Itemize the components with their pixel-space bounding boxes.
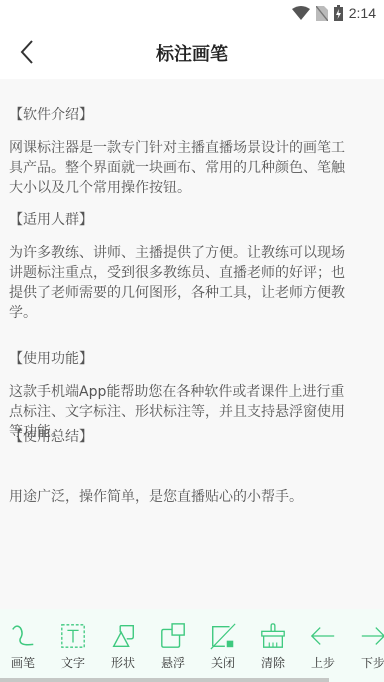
tool-label: 下步 [361,654,384,671]
text-line: 用途广泛，操作简单，是您直播贴心的小帮手。 [9,487,377,507]
text-line: 大小以及几个常用操作按钮。 [9,178,377,198]
float-window-icon [158,622,188,650]
text-line: 提供了老师需要的几何图形，各种工具，让老师方便教 [9,283,377,303]
tool-text-button[interactable]: 文字 [48,609,98,671]
tool-float-button[interactable]: 悬浮 [148,609,198,671]
close-float-icon [208,622,238,650]
redo-arrow-icon [358,622,384,650]
tool-label: 文字 [61,654,85,671]
tool-pen-button[interactable]: 画笔 [0,609,48,671]
tool-label: 清除 [261,654,285,671]
tool-label: 关闭 [211,654,235,671]
text-line: 学。 [9,303,377,323]
intro-content: 【软件介绍】 网课标注器是一款专门针对主播直播场景设计的画笔工 具产品。整个界面… [0,79,384,609]
text-line: 网课标注器是一款专门针对主播直播场景设计的画笔工 [9,138,377,158]
undo-arrow-icon [308,622,338,650]
tool-label: 悬浮 [161,654,185,671]
text-box-icon [58,622,88,650]
toolbar-horizontal-scrollbar[interactable] [0,678,329,682]
section-heading-intro: 【软件介绍】 [9,104,93,124]
page-title: 标注画笔 [0,40,384,66]
tool-label: 形状 [111,654,135,671]
tool-label: 上步 [311,654,335,671]
bottom-toolbar: 画笔 文字 形状 悬浮 关闭 [0,609,384,682]
section-heading-audience: 【适用人群】 [9,209,93,229]
shapes-icon [108,622,138,650]
text-line: 这款手机端App能帮助您在各种软件或者课件上进行重 [9,382,377,402]
tool-undo-button[interactable]: 上步 [298,609,348,671]
text-line: 为许多教练、讲师、主播提供了方便。让教练可以现场 [9,243,377,263]
section-body-intro: 网课标注器是一款专门针对主播直播场景设计的画笔工 具产品。整个界面就一块画布、常… [9,138,377,198]
tool-redo-button[interactable]: 下步 [348,609,384,671]
battery-charging-icon [334,5,343,21]
tool-label: 画笔 [11,654,35,671]
status-time: 2:14 [349,5,376,21]
tool-clear-button[interactable]: 清除 [248,609,298,671]
section-body-audience: 为许多教练、讲师、主播提供了方便。让教练可以现场 讲题标注重点，受到很多教练员、… [9,243,377,323]
no-sim-icon [316,6,328,21]
section-body-summary: 用途广泛，操作简单，是您直播贴心的小帮手。 [9,487,377,507]
status-bar: 2:14 [0,0,384,26]
broom-icon [258,622,288,650]
text-line: 具产品。整个界面就一块画布、常用的几种颜色、笔触 [9,158,377,178]
section-heading-summary: 【使用总结】 [9,426,93,446]
text-line: 讲题标注重点，受到很多教练员、直播老师的好评；也 [9,263,377,283]
text-line: 点标注、文字标注、形状标注等，并且支持悬浮窗使用 [9,402,377,422]
pen-stroke-icon [8,622,38,650]
tool-shape-button[interactable]: 形状 [98,609,148,671]
section-heading-features: 【使用功能】 [9,348,93,368]
tool-close-button[interactable]: 关闭 [198,609,248,671]
app-bar: 标注画笔 [0,26,384,79]
status-icons: 2:14 [292,4,376,22]
wifi-icon [292,6,310,20]
